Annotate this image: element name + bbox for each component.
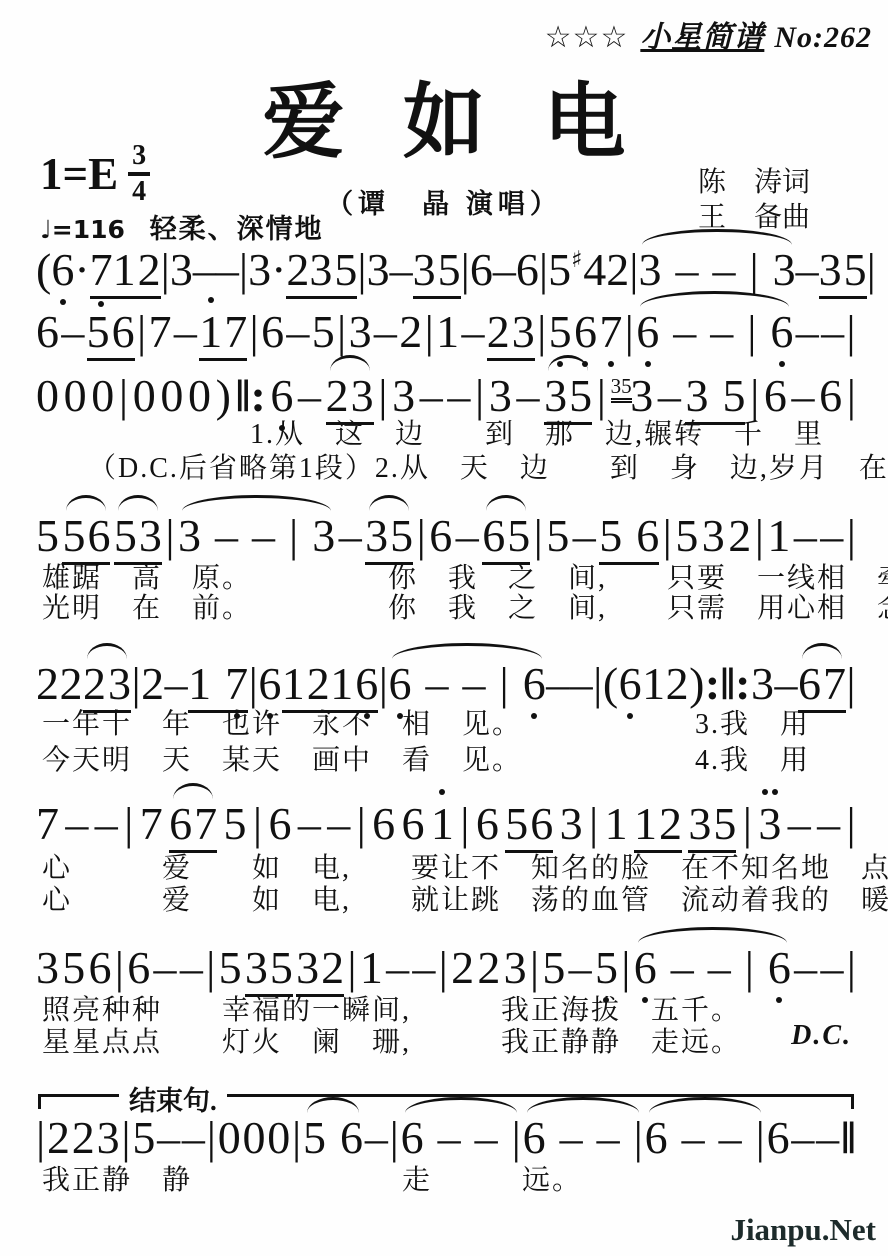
bar-line: | [629, 246, 638, 294]
dot-token: · [74, 246, 89, 294]
note-token: 6 [268, 800, 291, 848]
note-token: – [719, 1114, 742, 1162]
bar-line: | [756, 1114, 765, 1162]
note-token: – [438, 1114, 461, 1162]
note-token: – [675, 246, 698, 294]
note-token: – [182, 1114, 205, 1162]
bar-line: | [745, 944, 754, 992]
music-line-2: 6–56|7–17|6–5|3–2|1–23|567|6––|6––| [36, 308, 856, 361]
lyric-line-k: 我正静 静 走 远。 [42, 1158, 582, 1198]
tempo-marking: ♩=116 轻柔、深情地 [40, 207, 324, 246]
note-token: 3 [349, 308, 372, 356]
bar-line: | [847, 944, 856, 992]
note-token: – [95, 800, 118, 848]
note-token: 5 [548, 246, 571, 294]
note-token: 6 [530, 800, 553, 848]
note-token: 3 [819, 246, 842, 294]
note-token: ) [216, 372, 231, 420]
note-token: 5 [62, 944, 85, 992]
note-token: 6 [429, 512, 452, 560]
bar-line: | [253, 800, 262, 848]
bar-line: | [337, 308, 346, 356]
lyric-j-left: 星星点点 灯火 阑 珊, 我正静静 走远。 [42, 1020, 741, 1060]
note-token: 5 [595, 944, 618, 992]
note-token: – [794, 512, 817, 560]
note-token: 6 [636, 308, 659, 356]
note-token: 1 [431, 800, 454, 848]
note-token: – [461, 308, 484, 356]
note-token: 5 [844, 246, 867, 294]
bracket-line-left [41, 1094, 119, 1097]
note-token: 2 [286, 246, 309, 299]
bar-line: | [539, 246, 548, 294]
note-token: 3 [178, 512, 201, 560]
note-token: – [286, 308, 309, 356]
note-token: – [816, 1114, 839, 1162]
note-token: 0 [133, 372, 156, 420]
note-token: 6 [112, 308, 135, 356]
note-token: 1 [436, 308, 459, 356]
note-token: – [817, 800, 840, 848]
note-token: 0 [218, 1114, 241, 1162]
note-token: 6 [261, 308, 284, 356]
bar-line: | [425, 308, 434, 356]
note-token: 6 [645, 1114, 668, 1162]
note-token: 1 [113, 246, 136, 294]
note-token: 6 [340, 1114, 363, 1162]
bar-line: | [846, 308, 855, 356]
note-token: – [597, 1114, 620, 1162]
note-token: 6 [402, 800, 425, 848]
note-token: 5 [507, 512, 530, 560]
note-token: 5 [675, 512, 698, 560]
bar-line: | [417, 512, 426, 560]
note-token: ( [36, 246, 51, 294]
beam-group: 35 [413, 246, 461, 299]
note-token: 6 [574, 308, 597, 356]
da-capo-mark: D.C. [791, 1020, 852, 1060]
note-token: 6 [372, 800, 395, 848]
slur-group: 56 [303, 1114, 363, 1162]
lyric-line-j: 星星点点 灯火 阑 珊, 我正静静 走远。 D.C. [42, 1020, 852, 1060]
note-token: 1 [199, 308, 222, 356]
note-token: – [794, 944, 817, 992]
note-token: – [569, 944, 592, 992]
note-token: 3 [139, 512, 162, 560]
note-token: 0 [242, 1114, 265, 1162]
note-token: – [374, 308, 397, 356]
note-token: 5 [62, 512, 85, 560]
bar-line: | [357, 800, 366, 848]
note-token: – [252, 512, 275, 560]
note-token: 6 [770, 308, 793, 356]
note-token: 7 [194, 800, 217, 848]
note-token: 6 [767, 1114, 790, 1162]
note-token: 3 [309, 246, 332, 294]
slur-group: 6––| [645, 1114, 765, 1162]
note-token: 2 [138, 246, 161, 294]
note-token: 3 [367, 246, 390, 294]
note-token: 6 [476, 800, 499, 848]
slur-group: 3––|3 [178, 512, 335, 560]
note-token: 7 [224, 308, 247, 356]
note-token: 0 [188, 372, 211, 420]
bar-line: | [239, 246, 248, 294]
bar-line: | [357, 246, 366, 294]
bar-line: | [206, 944, 215, 992]
bar-line: | [292, 1114, 301, 1162]
note-token: 3 [365, 512, 388, 560]
bar-line: | [847, 372, 856, 420]
bar-line: | [846, 800, 855, 848]
bar-line: | [847, 512, 856, 560]
note-token: 6 [127, 944, 150, 992]
note-token: – [712, 246, 735, 294]
bar-line: | [250, 308, 259, 356]
header-series: ☆☆☆小星简谱No:262 [545, 12, 872, 56]
note-token: 3 [312, 512, 335, 560]
note-token: 0 [91, 372, 114, 420]
note-token: – [193, 246, 216, 294]
note-token: 6 [634, 944, 657, 992]
note-token: – [560, 1114, 583, 1162]
note-token: 0 [160, 372, 183, 420]
note-token: 3 [512, 308, 535, 356]
note-token: 2 [321, 944, 344, 992]
note-token: – [215, 512, 238, 560]
note-token: – [174, 308, 197, 356]
note-token: – [327, 800, 350, 848]
note-token: 3 [413, 246, 436, 294]
note-token: 7 [149, 308, 172, 356]
note-token: – [708, 944, 731, 992]
note-token: – [710, 308, 733, 356]
bar-line: | [115, 944, 124, 992]
sheet-number: No:262 [774, 21, 872, 54]
note-token: 5 [505, 800, 528, 848]
note-token: 6 [87, 512, 110, 560]
lyric-line-verse2: （D.C.后省略第1段）2.从 天 边 到 身 边,岁月 在 后 [88, 446, 888, 486]
note-token: – [412, 944, 435, 992]
note-token: 5 [219, 944, 242, 992]
note-token: – [157, 1114, 180, 1162]
note-token: 3 [773, 246, 796, 294]
note-token: 2 [659, 800, 682, 848]
bracket-line-right [227, 1094, 851, 1097]
grace-note: 35 [611, 375, 632, 403]
bar-line: | [121, 1114, 130, 1162]
note-token: 3 [170, 246, 193, 294]
note-token: 2 [477, 944, 500, 992]
lyric-e-right: 3.我 用 [695, 702, 810, 742]
note-token: 7 [90, 246, 113, 299]
lyric-line-f: 今天明 天 某天 画中 看 见。 4.我 用 [42, 738, 810, 778]
note-token: 5 [334, 246, 357, 294]
bar-line: | [289, 512, 298, 560]
bar-line: | [207, 1114, 216, 1162]
note-token: – [791, 1114, 814, 1162]
note-token: 2 [487, 308, 510, 356]
note-token: 0 [267, 1114, 290, 1162]
bar-line: | [137, 308, 146, 356]
note-token: 7 [823, 660, 846, 708]
series-name: 小星简谱 [640, 21, 764, 54]
note-token: 5 [114, 512, 137, 560]
note-token: ♯4 [571, 246, 606, 294]
note-token: 5 [270, 944, 293, 992]
note-token: 3 [688, 800, 711, 848]
beam-group: 35 [819, 246, 867, 299]
slur-group: 6––| [523, 1114, 643, 1162]
note-token: – [180, 944, 203, 992]
note-token: – [682, 1114, 705, 1162]
bar-line: | [625, 308, 634, 356]
bar-line: | [634, 1114, 643, 1162]
slur-group: 6––|6 [636, 308, 793, 356]
sheet-music-page: ☆☆☆小星简谱No:262 爱 如 电 1=E 3 4 （谭 晶 演唱） 陈 涛… [0, 0, 888, 1256]
lyric-f-right: 4.我 用 [695, 738, 810, 778]
note-token: 5 [223, 800, 246, 848]
note-token: 3 [248, 246, 271, 294]
note-token: 6 [636, 512, 659, 560]
time-numerator: 3 [132, 142, 146, 170]
note-token: 3 [504, 944, 527, 992]
bar-line: | [124, 800, 133, 848]
watermark: Jianpu.Net [730, 1212, 876, 1248]
note-token: 3 [245, 944, 268, 992]
note-token: 2 [451, 944, 474, 992]
note-token: 3 [702, 512, 725, 560]
note-token: – [65, 800, 88, 848]
bar-line: | [749, 246, 758, 294]
note-token: 6 [36, 308, 59, 356]
bracket-tick-right [851, 1094, 854, 1109]
slur-group: 6––| [401, 1114, 521, 1162]
note-token: 6 [89, 944, 112, 992]
note-token: 3 [758, 800, 781, 848]
dot-token: · [271, 246, 286, 294]
beam-group: 23 [487, 308, 535, 361]
bar-line: | [589, 800, 598, 848]
note-token: 6 [169, 800, 192, 848]
slur-group: 6––|6 [634, 944, 791, 992]
note-token: – [821, 308, 844, 356]
note-token: – [788, 800, 811, 848]
sharp-icon: ♯ [571, 247, 582, 273]
note-token: 3 [638, 246, 661, 294]
metronome-mark: ♩=116 [40, 215, 125, 244]
bar-line: | [165, 512, 174, 560]
lyric-e-left: 一年十 年 也许 永不 相 见。 [42, 702, 522, 742]
lyric-line-h: 心 爱 如 电, 就让跳 荡的血管 流动着我的 暖, [42, 878, 888, 918]
lyric-line-e: 一年十 年 也许 永不 相 见。 3.我 用 [42, 702, 810, 742]
note-token: – [298, 800, 321, 848]
note-token: 6 [516, 246, 539, 294]
stars-icon: ☆☆☆ [545, 21, 629, 54]
bar-line: | [530, 944, 539, 992]
note-token: 5 [438, 246, 461, 294]
note-token: 6 [482, 512, 505, 560]
bar-line: | [461, 246, 470, 294]
note-token: – [456, 512, 479, 560]
note-token: 5 [546, 512, 569, 560]
note-token: 7 [599, 308, 622, 356]
note-token: 5 [36, 512, 59, 560]
bar-line: | [747, 308, 756, 356]
lyricist-credit: 陈 涛词 [698, 160, 810, 200]
beam-group: 35 [309, 246, 357, 299]
bar-line: | [439, 944, 448, 992]
note-token: 2 [399, 308, 422, 356]
bar-line: | [867, 246, 876, 294]
note-token: – [671, 944, 694, 992]
note-token: 5 [312, 308, 335, 356]
beam-group: 12 [113, 246, 161, 299]
note-token: 3 [296, 944, 319, 992]
bar-line: | [846, 660, 855, 708]
note-token: 5 [549, 308, 572, 356]
bar-line: | [537, 308, 546, 356]
note-token: – [820, 944, 843, 992]
note-token: – [573, 512, 596, 560]
note-token: 7 [140, 800, 163, 848]
note-token: – [796, 308, 819, 356]
lyric-f-left: 今天明 天 某天 画中 看 见。 [42, 738, 522, 778]
bar-line: | [460, 800, 469, 848]
note-token: 5 [303, 1114, 326, 1162]
note-token: – [339, 512, 362, 560]
note-token: 1 [360, 944, 383, 992]
note-token: – [154, 944, 177, 992]
note-token: – [820, 512, 843, 560]
note-token: – [61, 308, 84, 356]
bar-line: | [512, 1114, 521, 1162]
note-token: – [796, 246, 819, 294]
bar-line: | [119, 372, 128, 420]
note-token: – [493, 246, 516, 294]
note-token: 0 [64, 372, 87, 420]
note-token: 6 [51, 246, 74, 294]
note-token: – [390, 246, 413, 294]
note-token: 2 [606, 246, 629, 294]
note-token: 5 [390, 512, 413, 560]
note-token: 5 [713, 800, 736, 848]
note-token: – [386, 944, 409, 992]
note-token: 2 [72, 1114, 95, 1162]
note-token: 1 [634, 800, 657, 848]
note-token: – [475, 1114, 498, 1162]
bar-line: | [621, 944, 630, 992]
note-token: 6 [523, 1114, 546, 1162]
note-token: 5 [542, 944, 565, 992]
note-token: 6 [768, 944, 791, 992]
bar-line: | [161, 246, 170, 294]
note-token: – [673, 308, 696, 356]
note-token: 3 [97, 1114, 120, 1162]
note-token: 3 [36, 944, 59, 992]
bar-line: | [390, 1114, 399, 1162]
note-token: 5 [599, 512, 622, 560]
slur-group: 3––|3 [638, 246, 795, 294]
expression-text: 轻柔、深情地 [150, 214, 324, 244]
note-token: – [365, 1114, 388, 1162]
bar-line: | [36, 1114, 45, 1162]
bar-line: | [743, 800, 752, 848]
note-token: 2 [47, 1114, 70, 1162]
note-token: 5 [87, 308, 110, 356]
repeat-sign: ‖ [841, 1114, 856, 1162]
note-token: 2 [728, 512, 751, 560]
music-line-8: |223|5––|000|56–|6––|6––|6––|6––‖ [36, 1114, 856, 1162]
note-token: 6 [401, 1114, 424, 1162]
lyric-line-d: 光明 在 前。 你 我 之 间, 只需 用心相 念, [42, 586, 888, 626]
bar-line: | [755, 512, 764, 560]
beam-group: 17 [199, 308, 247, 361]
note-token: 0 [36, 372, 59, 420]
note-token: 7 [36, 800, 59, 848]
beam-group: 56 [87, 308, 135, 361]
note-token: 6 [470, 246, 493, 294]
note-token: 5 [132, 1114, 155, 1162]
bar-line: | [347, 944, 356, 992]
note-token: 1 [605, 800, 628, 848]
note-token: 1 [767, 512, 790, 560]
bar-line: | [663, 512, 672, 560]
note-token: – [216, 246, 239, 294]
note-token: 3 [560, 800, 583, 848]
bar-line: | [534, 512, 543, 560]
